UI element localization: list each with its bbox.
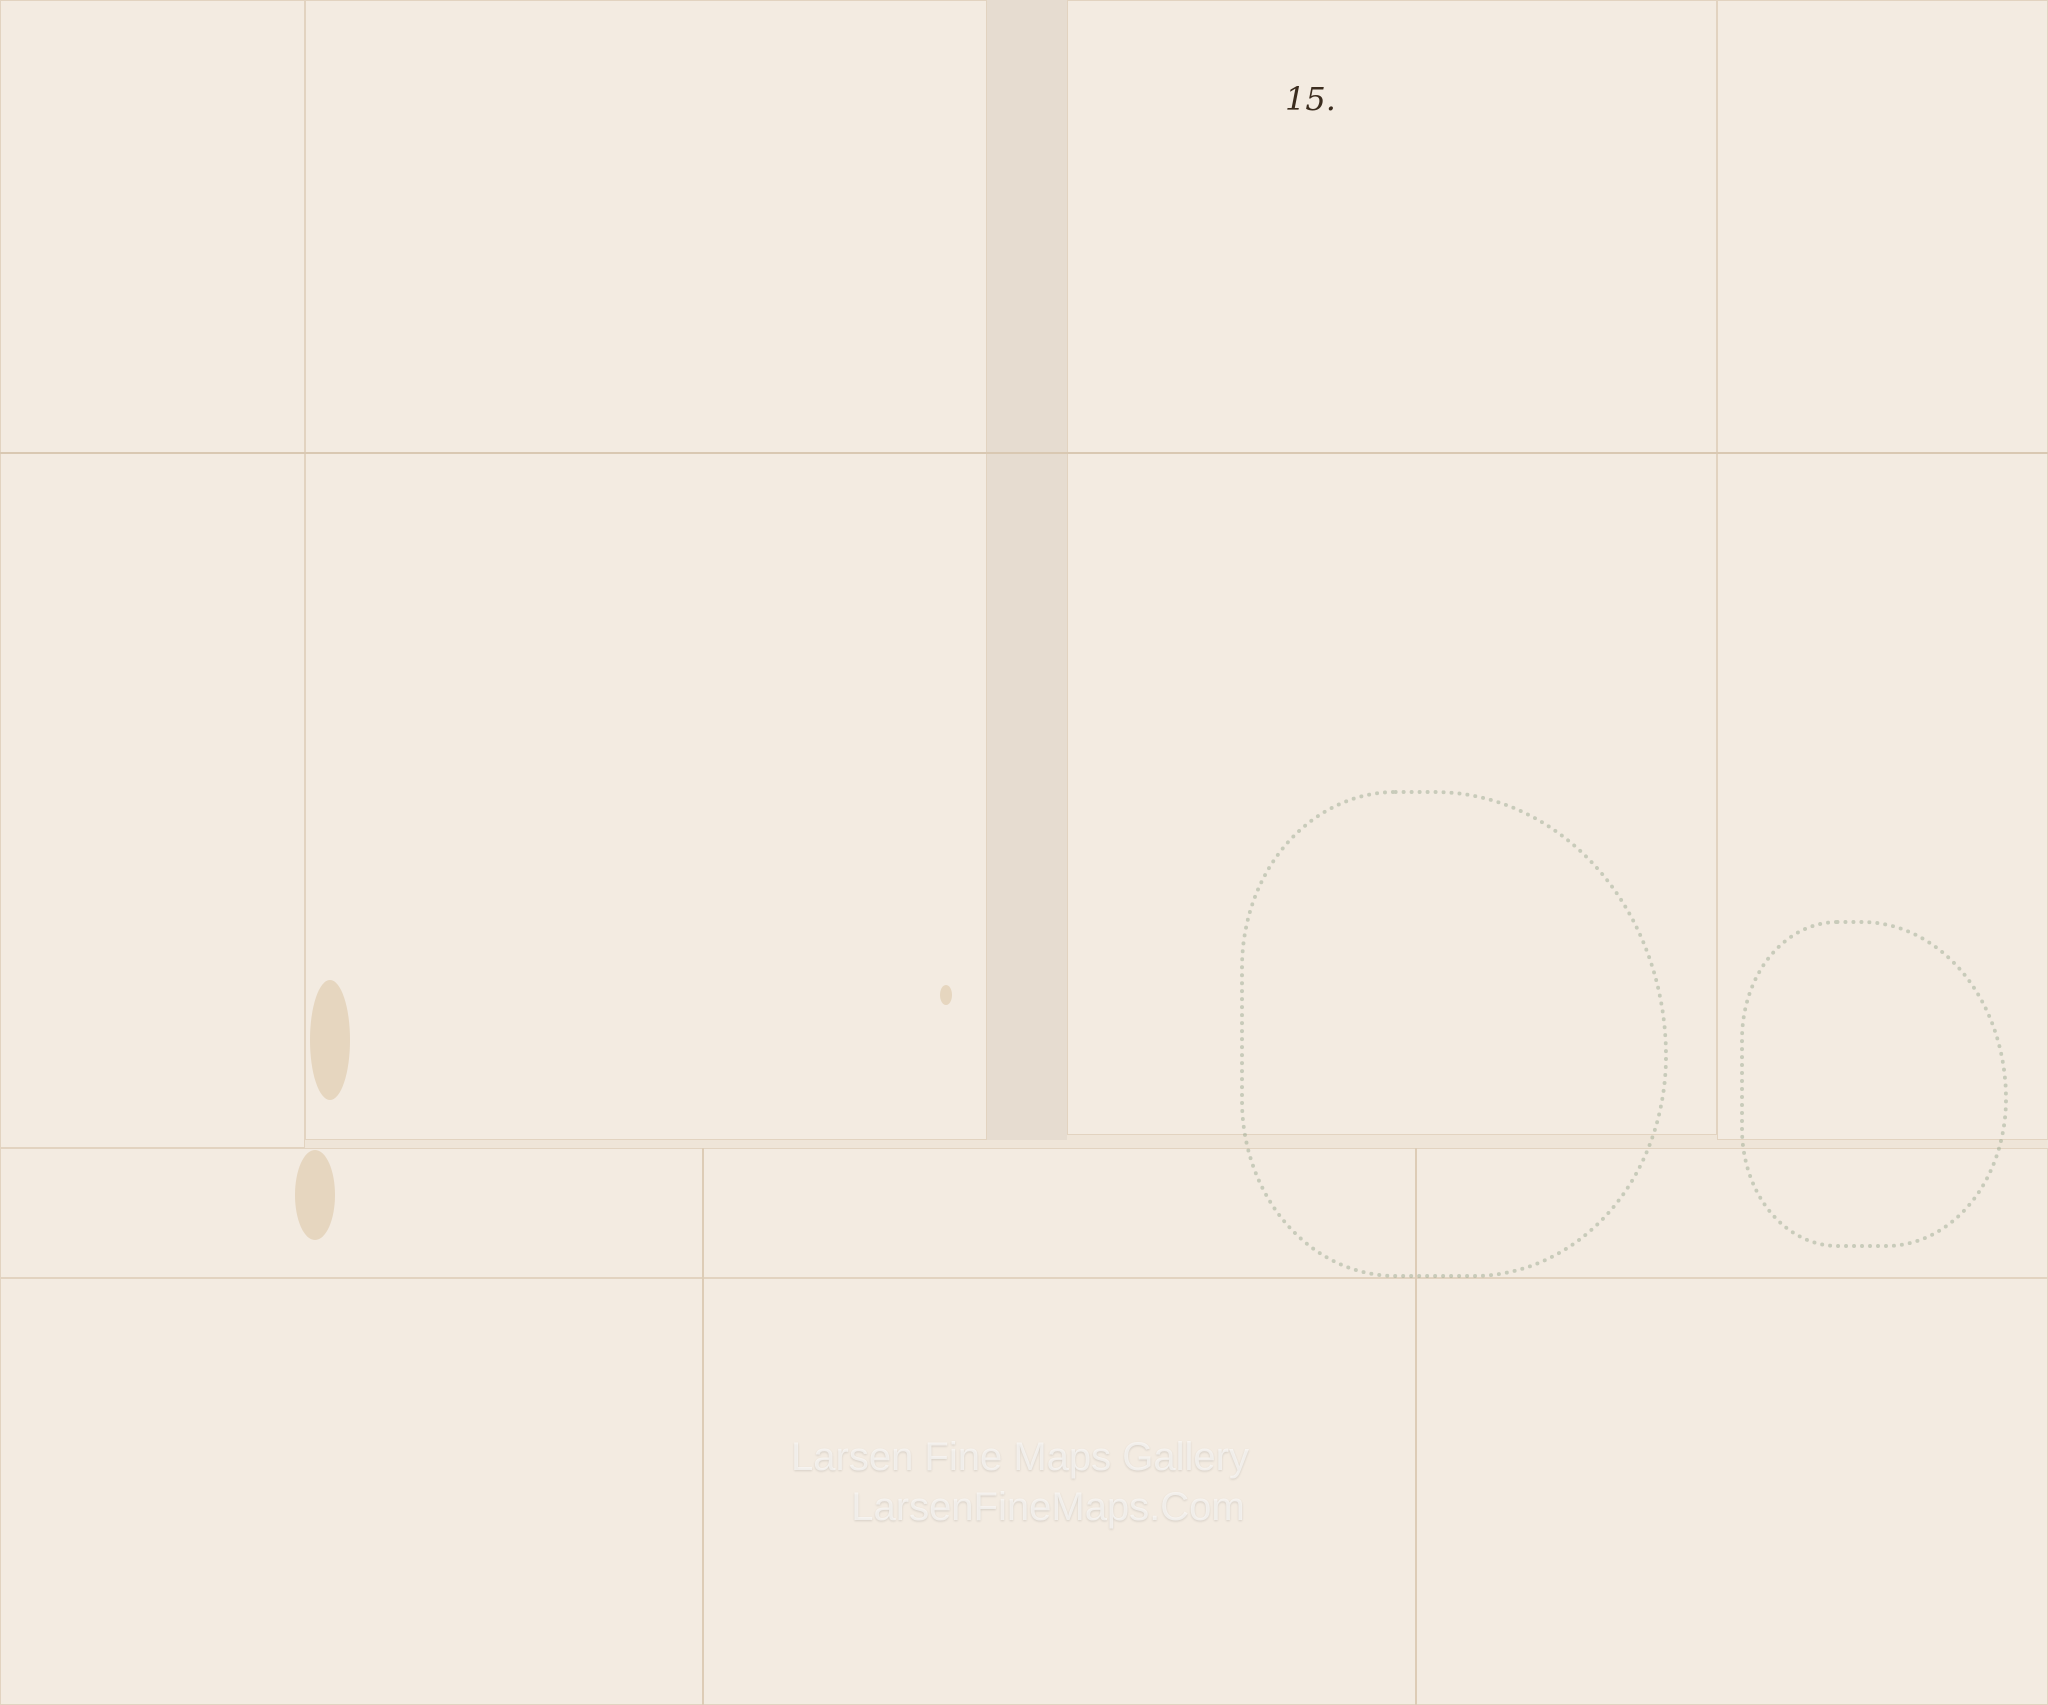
- paper-panel-center-left: [305, 0, 987, 1140]
- fold-line-horizontal: [0, 452, 2048, 454]
- handwritten-sheet-number: 15.: [1285, 80, 1336, 118]
- foxing-stain: [295, 1150, 335, 1240]
- watermark-gallery-name: Larsen Fine Maps Gallery: [0, 1435, 2044, 1480]
- paper-panel-left: [0, 0, 305, 1148]
- map-sheet-verso: 15. Larsen Fine Maps Gallery LarsenFineM…: [0, 0, 2048, 1705]
- watermark-website: LarsenFineMaps.Com: [24, 1485, 2048, 1530]
- foxing-stain: [310, 980, 350, 1100]
- paper-joining-strip: [987, 0, 1067, 1140]
- foxing-stain: [940, 985, 952, 1005]
- fold-line-vertical: [702, 1148, 704, 1705]
